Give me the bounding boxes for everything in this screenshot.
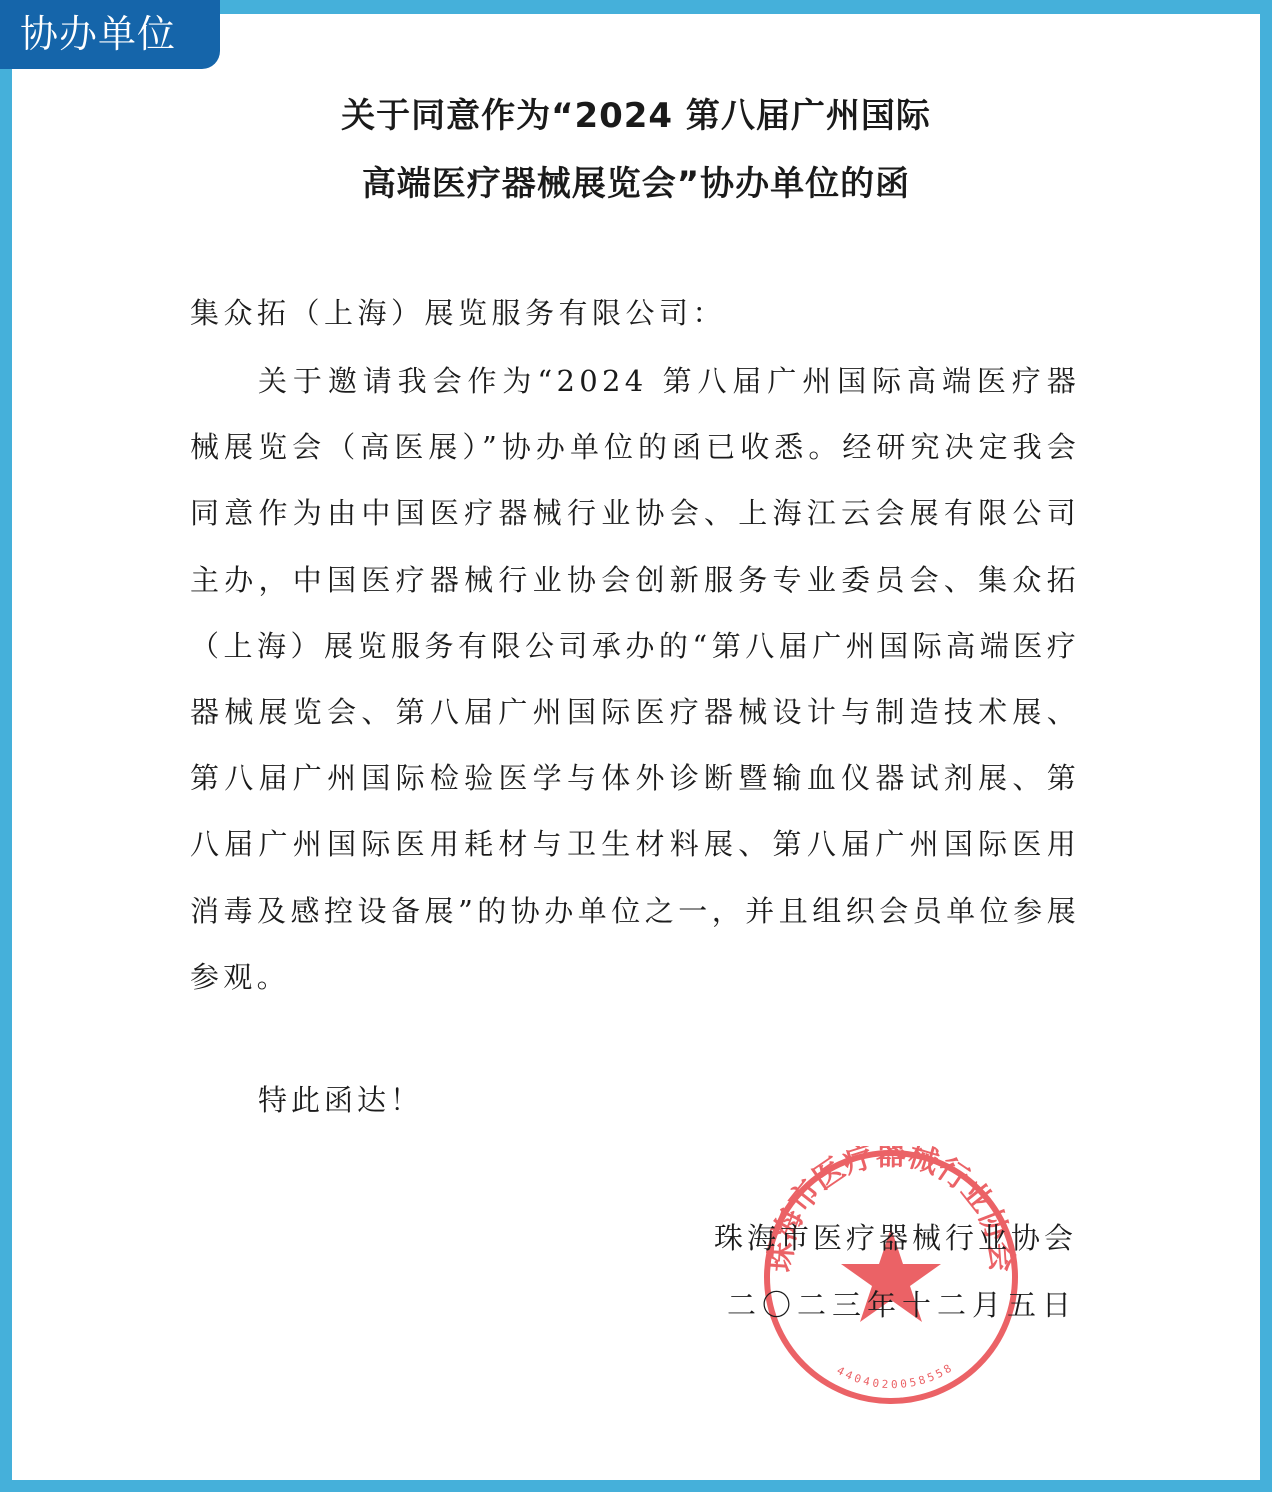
letter-title-line-2: 高端医疗器械展览会”协办单位的函 xyxy=(0,156,1272,205)
letter-title-line-1: 关于同意作为“2024 第八届广州国际 xyxy=(0,88,1272,137)
letter-body: 关于邀请我会作为“2024 第八届广州国际高端医疗器械展览会（高医展）”协办单位… xyxy=(190,348,1080,1010)
signature-date: 二〇二三年十二月五日 xyxy=(727,1283,1077,1324)
letter-closing: 特此函达！ xyxy=(258,1078,423,1119)
stamp-code: 4404020058558 xyxy=(835,1360,957,1391)
section-tab-label: 协办单位 xyxy=(0,0,220,69)
signature-organization: 珠海市医疗器械行业协会 xyxy=(714,1216,1077,1257)
official-seal-stamp: 珠海市医疗器械行业协会 4404020058558 xyxy=(760,1146,1022,1408)
letter-salutation: 集众拓（上海）展览服务有限公司： xyxy=(190,280,1080,346)
